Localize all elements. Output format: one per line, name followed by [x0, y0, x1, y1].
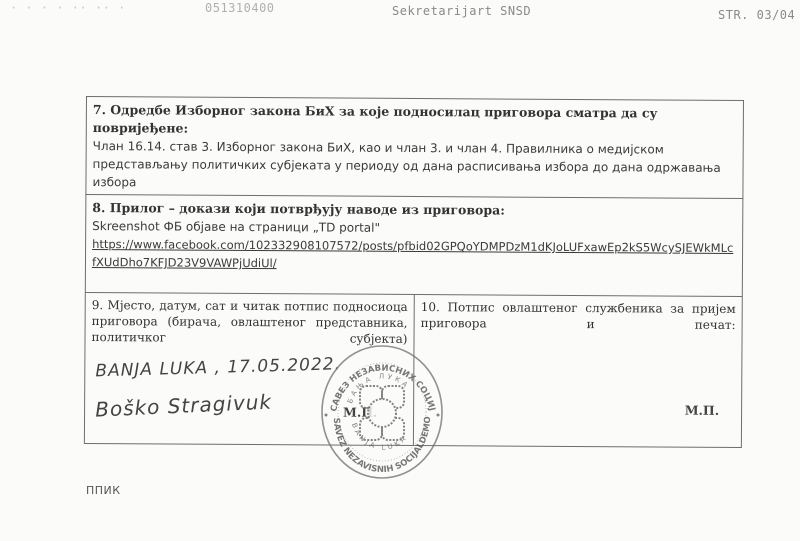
footer-label: ППИК	[86, 484, 121, 497]
handwritten-signature: Boško Stragivuk	[95, 390, 273, 422]
party-stamp: САВЕЗ НЕЗАВИСНИХ СОЦИЈАЛДЕМОКРАТА БАЊА Л…	[318, 340, 446, 480]
section-7-violated-provisions: 7. Одредбе Изборног закона БиХ за које п…	[85, 96, 744, 198]
handwritten-place-date: BANJA LUKA , 17.05.2022.	[95, 354, 341, 381]
fax-page-number: STR. 03/04	[718, 8, 795, 22]
fax-header: · · · · ·· ·· · 051310400 Sekretarijart …	[0, 0, 800, 22]
section-7-body: Члан 16.14. став 3. Изборног закона БиХ,…	[92, 137, 736, 195]
rubber-stamp-icon: САВЕЗ НЕЗАВИСНИХ СОЦИЈАЛДЕМОКРАТА БАЊА Л…	[318, 340, 446, 480]
fax-number: 051310400	[205, 1, 275, 15]
evidence-link[interactable]: https://www.facebook.com/102332908107572…	[92, 235, 736, 275]
fax-header-faded-text: · · · · ·· ·· ·	[10, 1, 126, 15]
section-10-heading: 10. Потпис овлаштеног службеника за приј…	[421, 299, 736, 333]
section-7-heading: 7. Одредбе Изборног закона БиХ за које п…	[93, 101, 737, 141]
fax-sender: Sekretarijart SNSD	[392, 4, 531, 18]
stamp-place-label-right: М.П.	[685, 403, 719, 418]
section-10-official-signature: 10. Потпис овлаштеног службеника за приј…	[414, 295, 742, 447]
section-8-evidence: 8. Прилог – докази који потврђују наводе…	[85, 194, 744, 296]
